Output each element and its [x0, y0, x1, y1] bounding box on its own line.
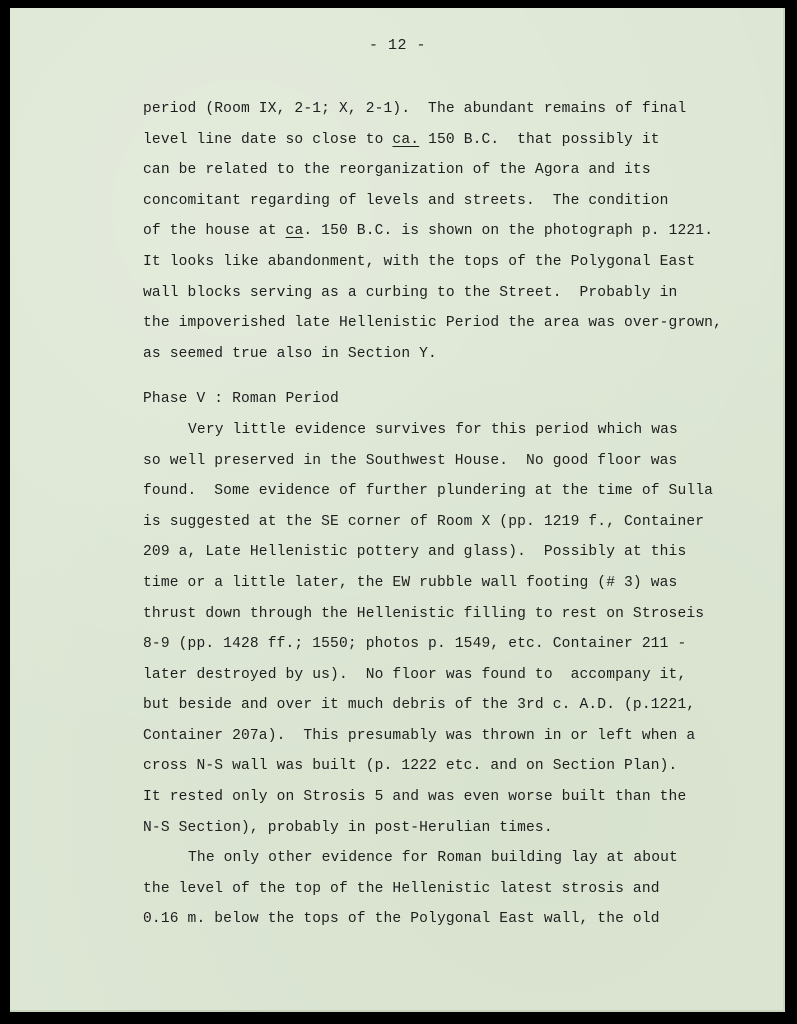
- text-line: Very little evidence survives for this p…: [143, 415, 763, 446]
- text-line: time or a little later, the EW rubble wa…: [143, 568, 763, 599]
- text-line: the level of the top of the Hellenistic …: [143, 874, 763, 905]
- text-segment: level line date so close to: [143, 132, 392, 148]
- text-segment: 150 B.C. that possibly it: [419, 132, 660, 148]
- underlined-abbreviation: ca.: [392, 132, 419, 148]
- text-line: cross N-S wall was built (p. 1222 etc. a…: [143, 751, 763, 782]
- text-line: so well preserved in the Southwest House…: [143, 446, 763, 477]
- text-line: thrust down through the Hellenistic fill…: [143, 599, 763, 630]
- document-page: - 12 - period (Room IX, 2-1; X, 2-1). Th…: [10, 8, 785, 1012]
- text-line: as seemed true also in Section Y.: [143, 339, 763, 370]
- text-line: wall blocks serving as a curbing to the …: [143, 278, 763, 309]
- text-line: concomitant regarding of levels and stre…: [143, 186, 763, 217]
- text-line: but beside and over it much debris of th…: [143, 690, 763, 721]
- text-line: the impoverished late Hellenistic Period…: [143, 308, 763, 339]
- text-line: can be related to the reorganization of …: [143, 155, 763, 186]
- document-body: period (Room IX, 2-1; X, 2-1). The abund…: [143, 94, 763, 935]
- paragraph-2: Very little evidence survives for this p…: [143, 415, 763, 843]
- section-heading: Phase V : Roman Period: [143, 384, 763, 415]
- page-number: - 12 -: [10, 37, 785, 54]
- text-line: 8-9 (pp. 1428 ff.; 1550; photos p. 1549,…: [143, 629, 763, 660]
- text-line: 0.16 m. below the tops of the Polygonal …: [143, 904, 763, 935]
- text-line: 209 a, Late Hellenistic pottery and glas…: [143, 537, 763, 568]
- text-segment: . 150 B.C. is shown on the photograph p.…: [303, 223, 713, 239]
- text-line: Container 207a). This presumably was thr…: [143, 721, 763, 752]
- text-line: The only other evidence for Roman buildi…: [143, 843, 763, 874]
- underlined-abbreviation: ca: [286, 223, 304, 239]
- text-line: of the house at ca. 150 B.C. is shown on…: [143, 216, 763, 247]
- text-line: is suggested at the SE corner of Room X …: [143, 507, 763, 538]
- text-line: N-S Section), probably in post-Herulian …: [143, 813, 763, 844]
- paragraph-3: The only other evidence for Roman buildi…: [143, 843, 763, 935]
- text-line: It rested only on Strosis 5 and was even…: [143, 782, 763, 813]
- paragraph-1: period (Room IX, 2-1; X, 2-1). The abund…: [143, 94, 763, 369]
- text-line: level line date so close to ca. 150 B.C.…: [143, 125, 763, 156]
- text-segment: of the house at: [143, 223, 286, 239]
- text-line: period (Room IX, 2-1; X, 2-1). The abund…: [143, 94, 763, 125]
- text-line: It looks like abandonment, with the tops…: [143, 247, 763, 278]
- text-line: later destroyed by us). No floor was fou…: [143, 660, 763, 691]
- text-line: found. Some evidence of further plunderi…: [143, 476, 763, 507]
